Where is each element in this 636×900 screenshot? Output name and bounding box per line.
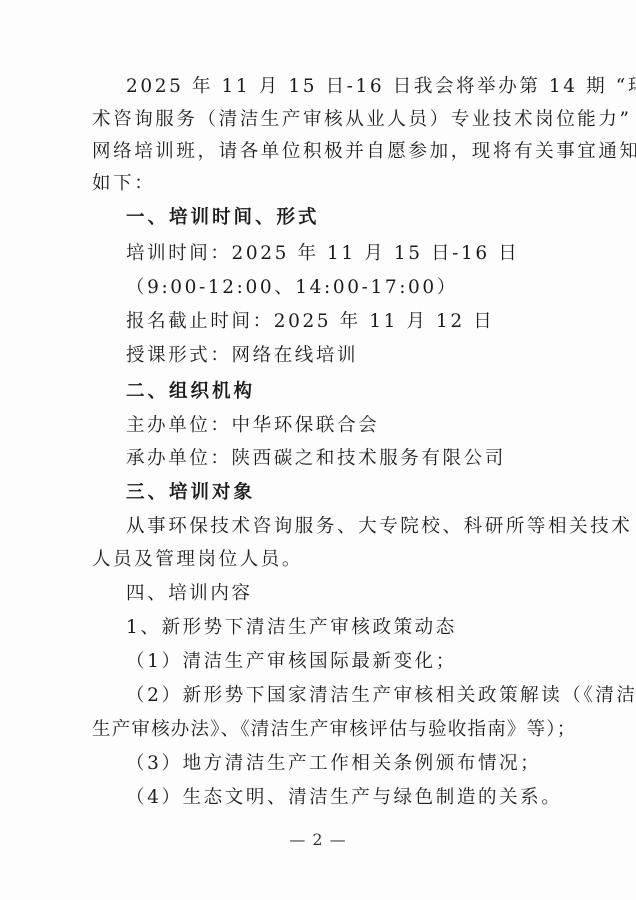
training-hours: （9:00-12:00、14:00-17:00）: [126, 276, 538, 300]
section-2-heading: 二、组织机构: [126, 380, 538, 404]
content-subitem-2-line-1: （2）新形势下国家清洁生产审核相关政策解读（《清洁: [126, 684, 538, 708]
content-item-1: 1、新形势下清洁生产审核政策动态: [126, 616, 538, 640]
section-1-heading: 一、培训时间、形式: [126, 206, 538, 230]
content-subitem-2-line-2: 生产审核办法》、《清洁生产审核评估与验收指南》等）；: [92, 718, 538, 742]
content-subitem-1: （1）清洁生产审核国际最新变化；: [126, 650, 538, 674]
teaching-format: 授课形式：网络在线培训: [126, 344, 538, 368]
registration-deadline: 报名截止时间：2025 年 11 月 12 日: [126, 310, 538, 334]
content-subitem-3: （3）地方清洁生产工作相关条例颁布情况；: [126, 752, 538, 776]
target-audience-line-2: 人员及管理岗位人员。: [92, 548, 538, 572]
intro-line-4: 如下：: [92, 172, 538, 196]
intro-line-2: 术咨询服务（清洁生产审核从业人员）专业技术岗位能力”: [92, 108, 538, 132]
target-audience-line-1: 从事环保技术咨询服务、大专院校、科研所等相关技术: [126, 515, 538, 539]
section-4-heading: 四、培训内容: [126, 582, 538, 606]
intro-line-1: 2025 年 11 月 15 日-16 日我会将举办第 14 期 “环保技: [126, 75, 538, 99]
organizer: 承办单位：陕西碳之和技术服务有限公司: [126, 447, 538, 471]
page-number: — 2 —: [0, 830, 636, 849]
host-organization: 主办单位：中华环保联合会: [126, 414, 538, 438]
section-3-heading: 三、培训对象: [126, 481, 538, 505]
content-subitem-4: （4）生态文明、清洁生产与绿色制造的关系。: [126, 786, 538, 810]
document-page: 2025 年 11 月 15 日-16 日我会将举办第 14 期 “环保技 术咨…: [0, 0, 636, 900]
intro-line-3: 网络培训班，请各单位积极并自愿参加，现将有关事宜通知: [92, 140, 538, 164]
training-time: 培训时间：2025 年 11 月 15 日-16 日: [126, 242, 538, 266]
